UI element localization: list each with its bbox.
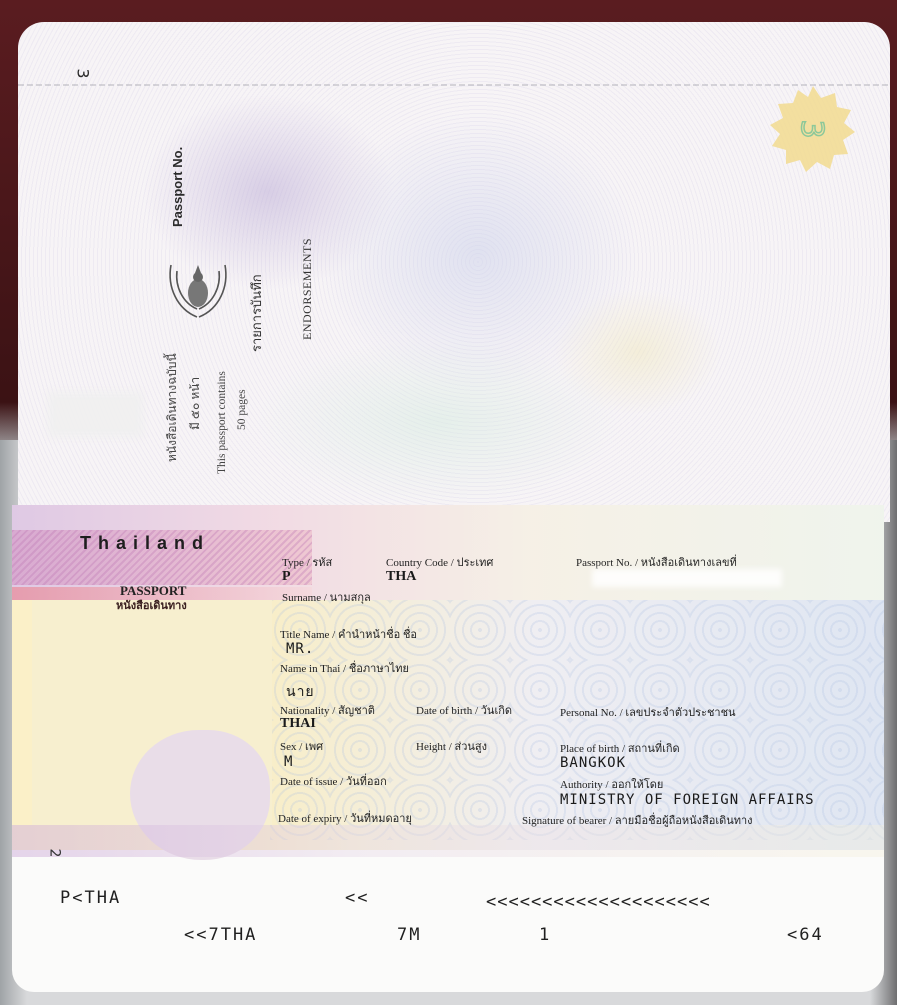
country-code-value: THA	[386, 569, 416, 585]
redacted-area	[48, 392, 143, 437]
authority-label: Authority / ออกให้โดย	[560, 775, 663, 793]
mrz-line2-part3: 1	[539, 925, 551, 945]
passport-data-page: 2 Thailand PASSPORT หนังสือเดินทาง Type …	[12, 505, 884, 992]
authority-value: MINISTRY OF FOREIGN AFFAIRS	[560, 792, 815, 808]
mrz-line2-part1: <<7THA	[184, 925, 257, 945]
pages-info-thai-2: มี ๕๐ หน้า	[186, 377, 205, 430]
sex-value: M	[284, 754, 293, 770]
date-of-expiry-label: Date of expiry / วันที่หมดอายุ	[278, 809, 412, 827]
date-of-issue-label: Date of issue / วันที่ออก	[280, 772, 387, 790]
security-seal-icon: 3	[758, 84, 868, 174]
mrz-line1-part2: <<	[345, 888, 369, 908]
endorsements-page: 3 3 Passport No. รายการบันทึก ENDORSEMEN…	[18, 22, 890, 522]
sex-label: Sex / เพศ	[280, 737, 323, 755]
type-value: P	[282, 569, 291, 585]
name-thai-value: นาย	[286, 681, 315, 703]
nationality-value: THAI	[280, 716, 316, 732]
mrz-line2-part4: <64	[787, 925, 824, 945]
garuda-emblem-icon	[163, 257, 233, 327]
page-number-bottom: 2	[46, 849, 62, 858]
document-title-thai: หนังสือเดินทาง	[116, 596, 187, 614]
surname-label: Surname / นามสกุล	[282, 588, 371, 606]
pages-info-en-2: 50 pages	[236, 389, 248, 430]
mrz-line2-part2: 7M	[397, 925, 421, 945]
pages-info-en-1: This passport contains	[216, 371, 228, 474]
page-number-top: 3	[74, 68, 93, 78]
country-title: Thailand	[80, 533, 210, 554]
passport-no-redacted	[592, 569, 782, 587]
place-of-birth-value: BANGKOK	[560, 755, 626, 771]
dob-label: Date of birth / วันเกิด	[416, 701, 512, 719]
mrz-line1-part3: <<<<<<<<<<<<<<<<<<<<	[486, 892, 711, 912]
mrz-line1-part1: P<THA	[60, 888, 121, 908]
passport-no-label: Passport No.	[170, 147, 185, 227]
svg-text:3: 3	[794, 119, 829, 138]
endorsements-label: ENDORSEMENTS	[300, 238, 315, 340]
title-name-value: MR.	[286, 641, 314, 657]
signature-label: Signature of bearer / ลายมือชื่อผู้ถือหน…	[522, 811, 753, 829]
personal-no-label: Personal No. / เลขประจำตัวประชาชน	[560, 703, 736, 721]
height-label: Height / ส่วนสูง	[416, 737, 487, 755]
pages-info-thai-1: หนังสือเดินทางฉบับนี้	[163, 353, 182, 462]
name-thai-label: Name in Thai / ชื่อภาษาไทย	[280, 659, 409, 677]
endorsements-label-thai: รายการบันทึก	[246, 274, 267, 352]
footer-band	[12, 825, 884, 857]
